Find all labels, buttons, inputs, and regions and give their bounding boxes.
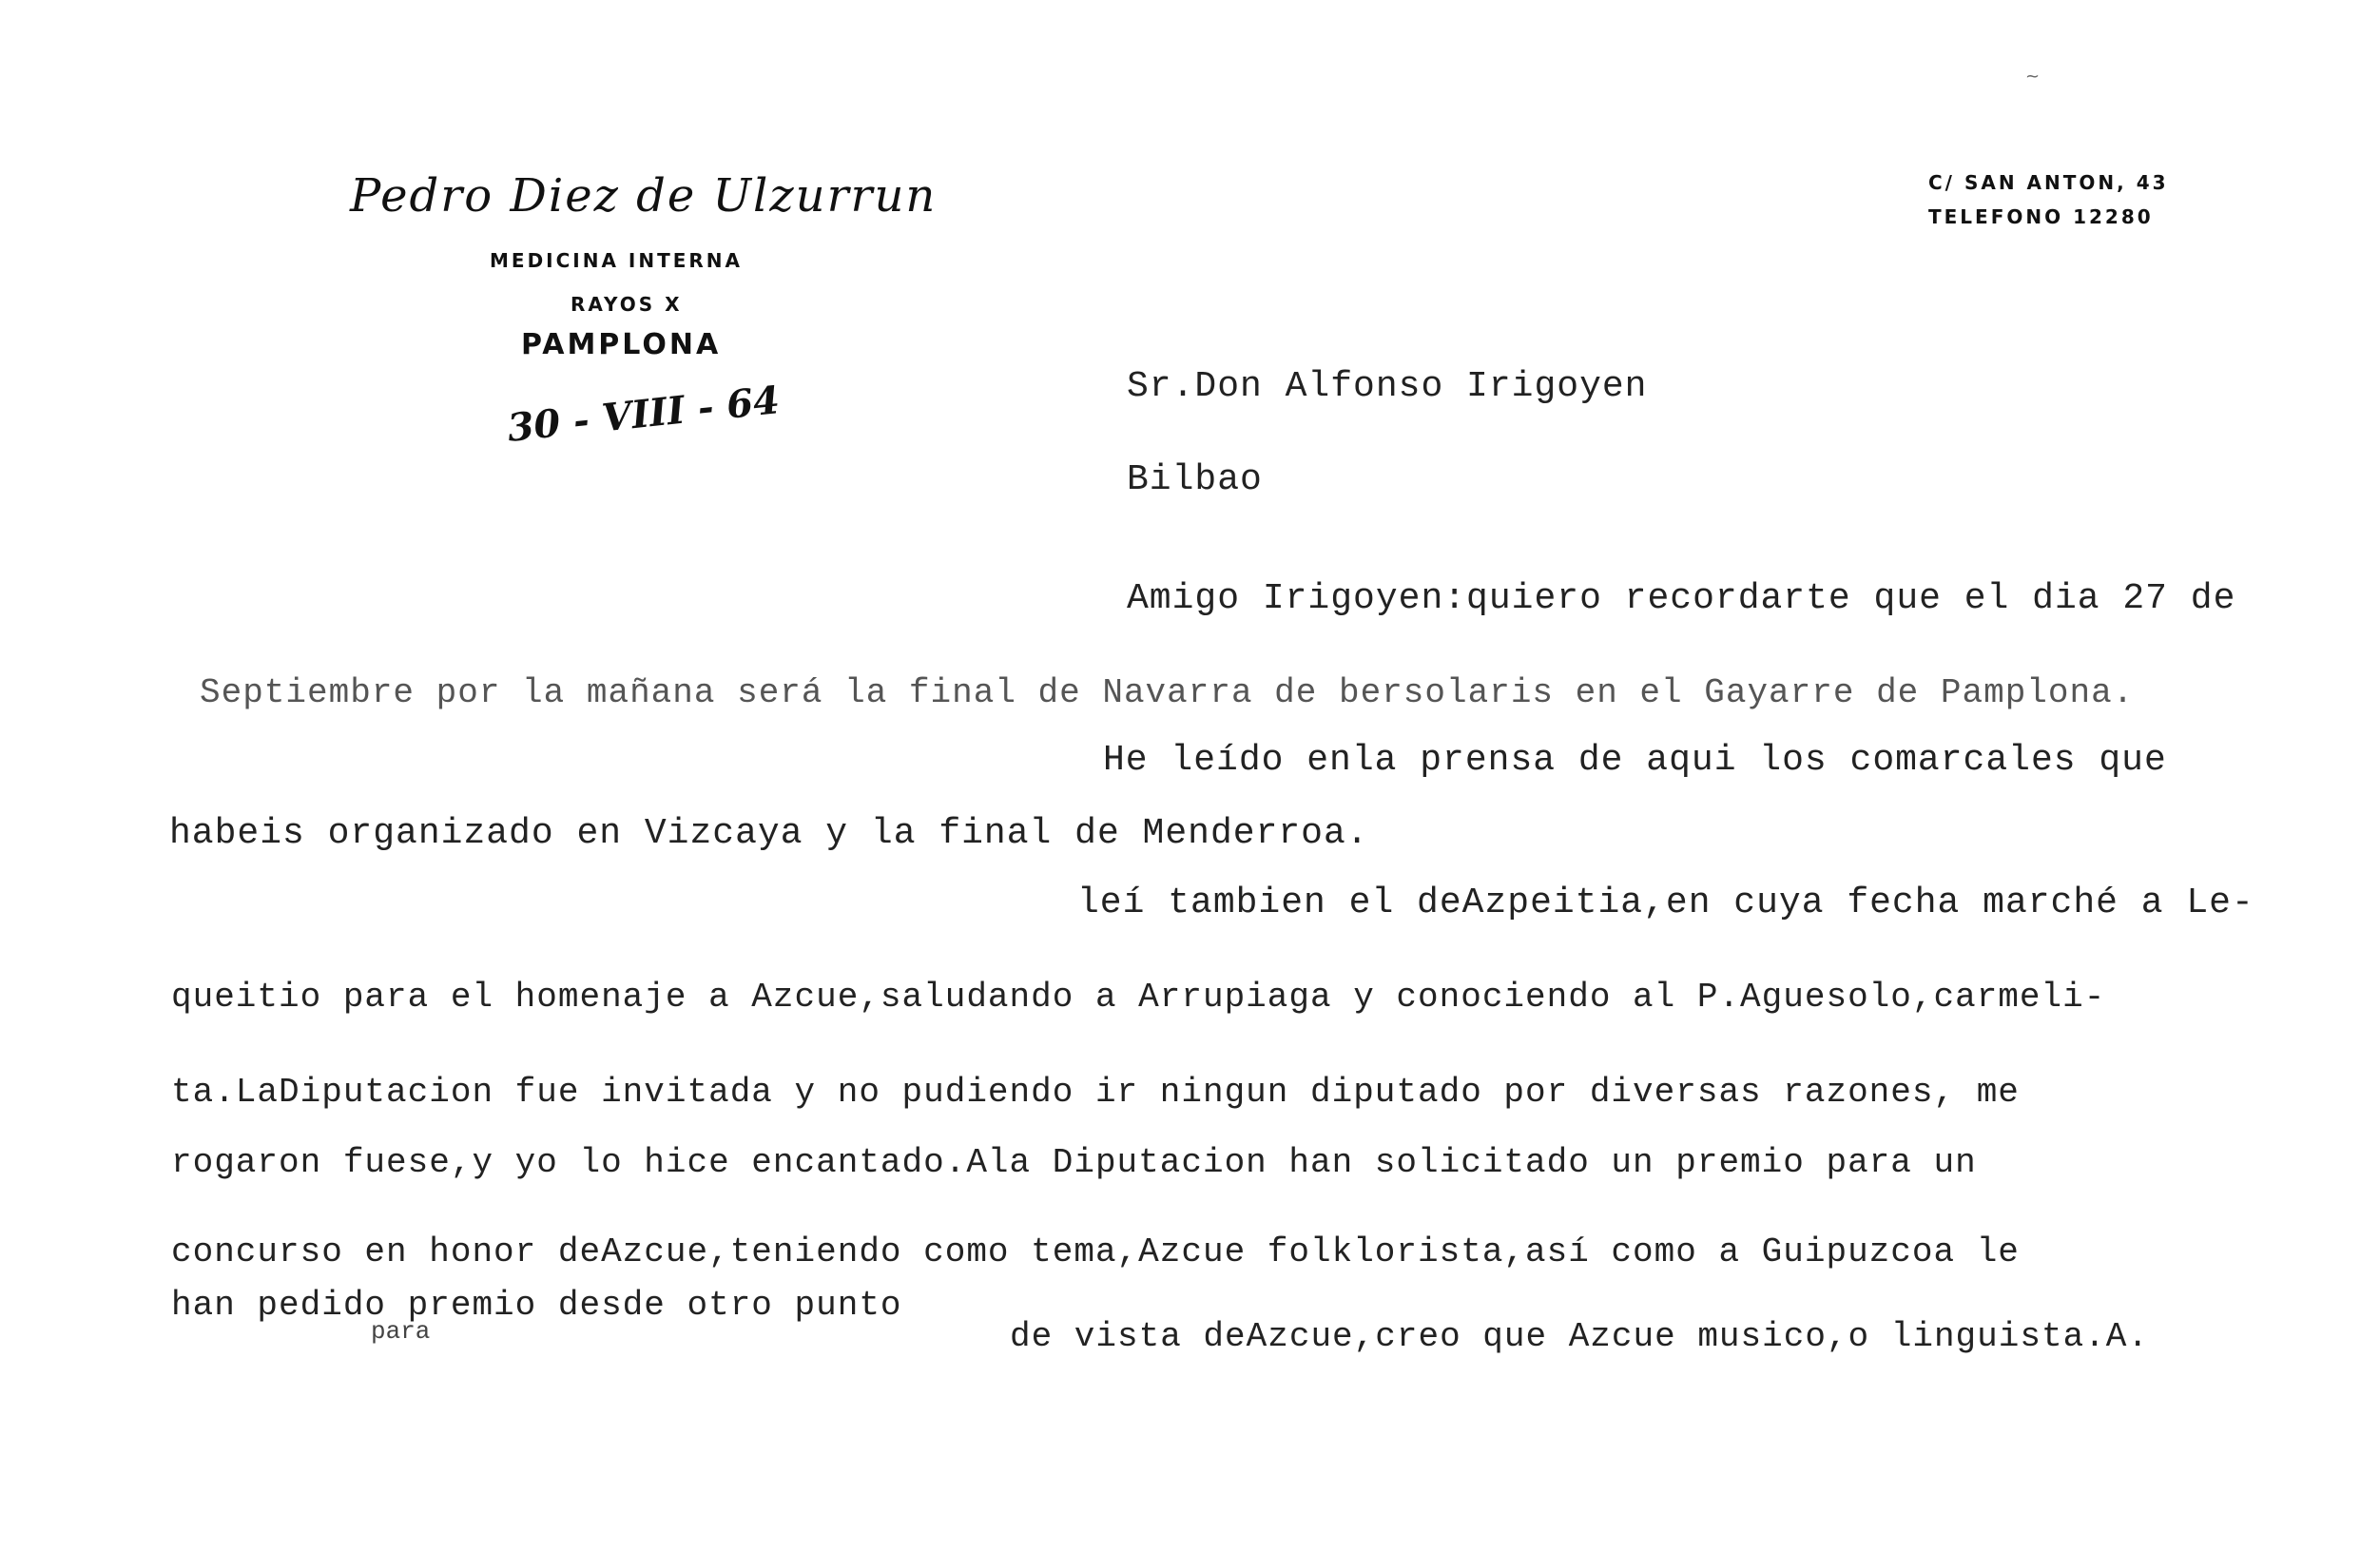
recipient-city: Bilbao [1127, 459, 1263, 500]
body-line: rogaron fuese,y yo lo hice encantado.Ala… [171, 1143, 1977, 1182]
body-line: He leído enla prensa de aqui los comarca… [1103, 740, 2167, 781]
letter-page: ~ Pedro Diez de Ulzurrun MEDICINA INTERN… [0, 0, 2380, 1552]
ink-smudge: ~ [2025, 67, 2040, 87]
body-line: leí tambien el deAzpeitia,en cuya fecha … [1077, 883, 2254, 923]
letterhead-address: C/ SAN ANTON, 43 [1928, 171, 2169, 194]
letterhead-specialty: MEDICINA INTERNA [490, 249, 743, 272]
body-line: de vista deAzcue,creo que Azcue musico,o… [1010, 1317, 2149, 1356]
body-line: ta.LaDiputacion fue invitada y no pudien… [171, 1073, 2020, 1112]
letterhead-phone: TELEFONO 12280 [1928, 205, 2154, 228]
handwritten-date: 30 - VIII - 64 [505, 378, 782, 451]
letterhead-name: Pedro Diez de Ulzurrun [350, 169, 937, 223]
body-line: han pedido premio desde otro punto [171, 1286, 902, 1325]
body-line: concurso en honor deAzcue,teniendo como … [171, 1232, 2020, 1271]
recipient-name: Sr.Don Alfonso Irigoyen [1127, 366, 1648, 407]
body-line: Septiembre por la mañana será la final d… [200, 673, 2134, 712]
letterhead-city: PAMPLONA [521, 328, 721, 361]
inserted-word: para [371, 1317, 430, 1346]
body-line: queitio para el homenaje a Azcue,saludan… [171, 978, 2105, 1017]
letterhead-service: RAYOS X [571, 293, 683, 316]
body-line: habeis organizado en Vizcaya y la final … [169, 813, 1369, 854]
body-line: Amigo Irigoyen:quiero recordarte que el … [1127, 578, 2235, 619]
